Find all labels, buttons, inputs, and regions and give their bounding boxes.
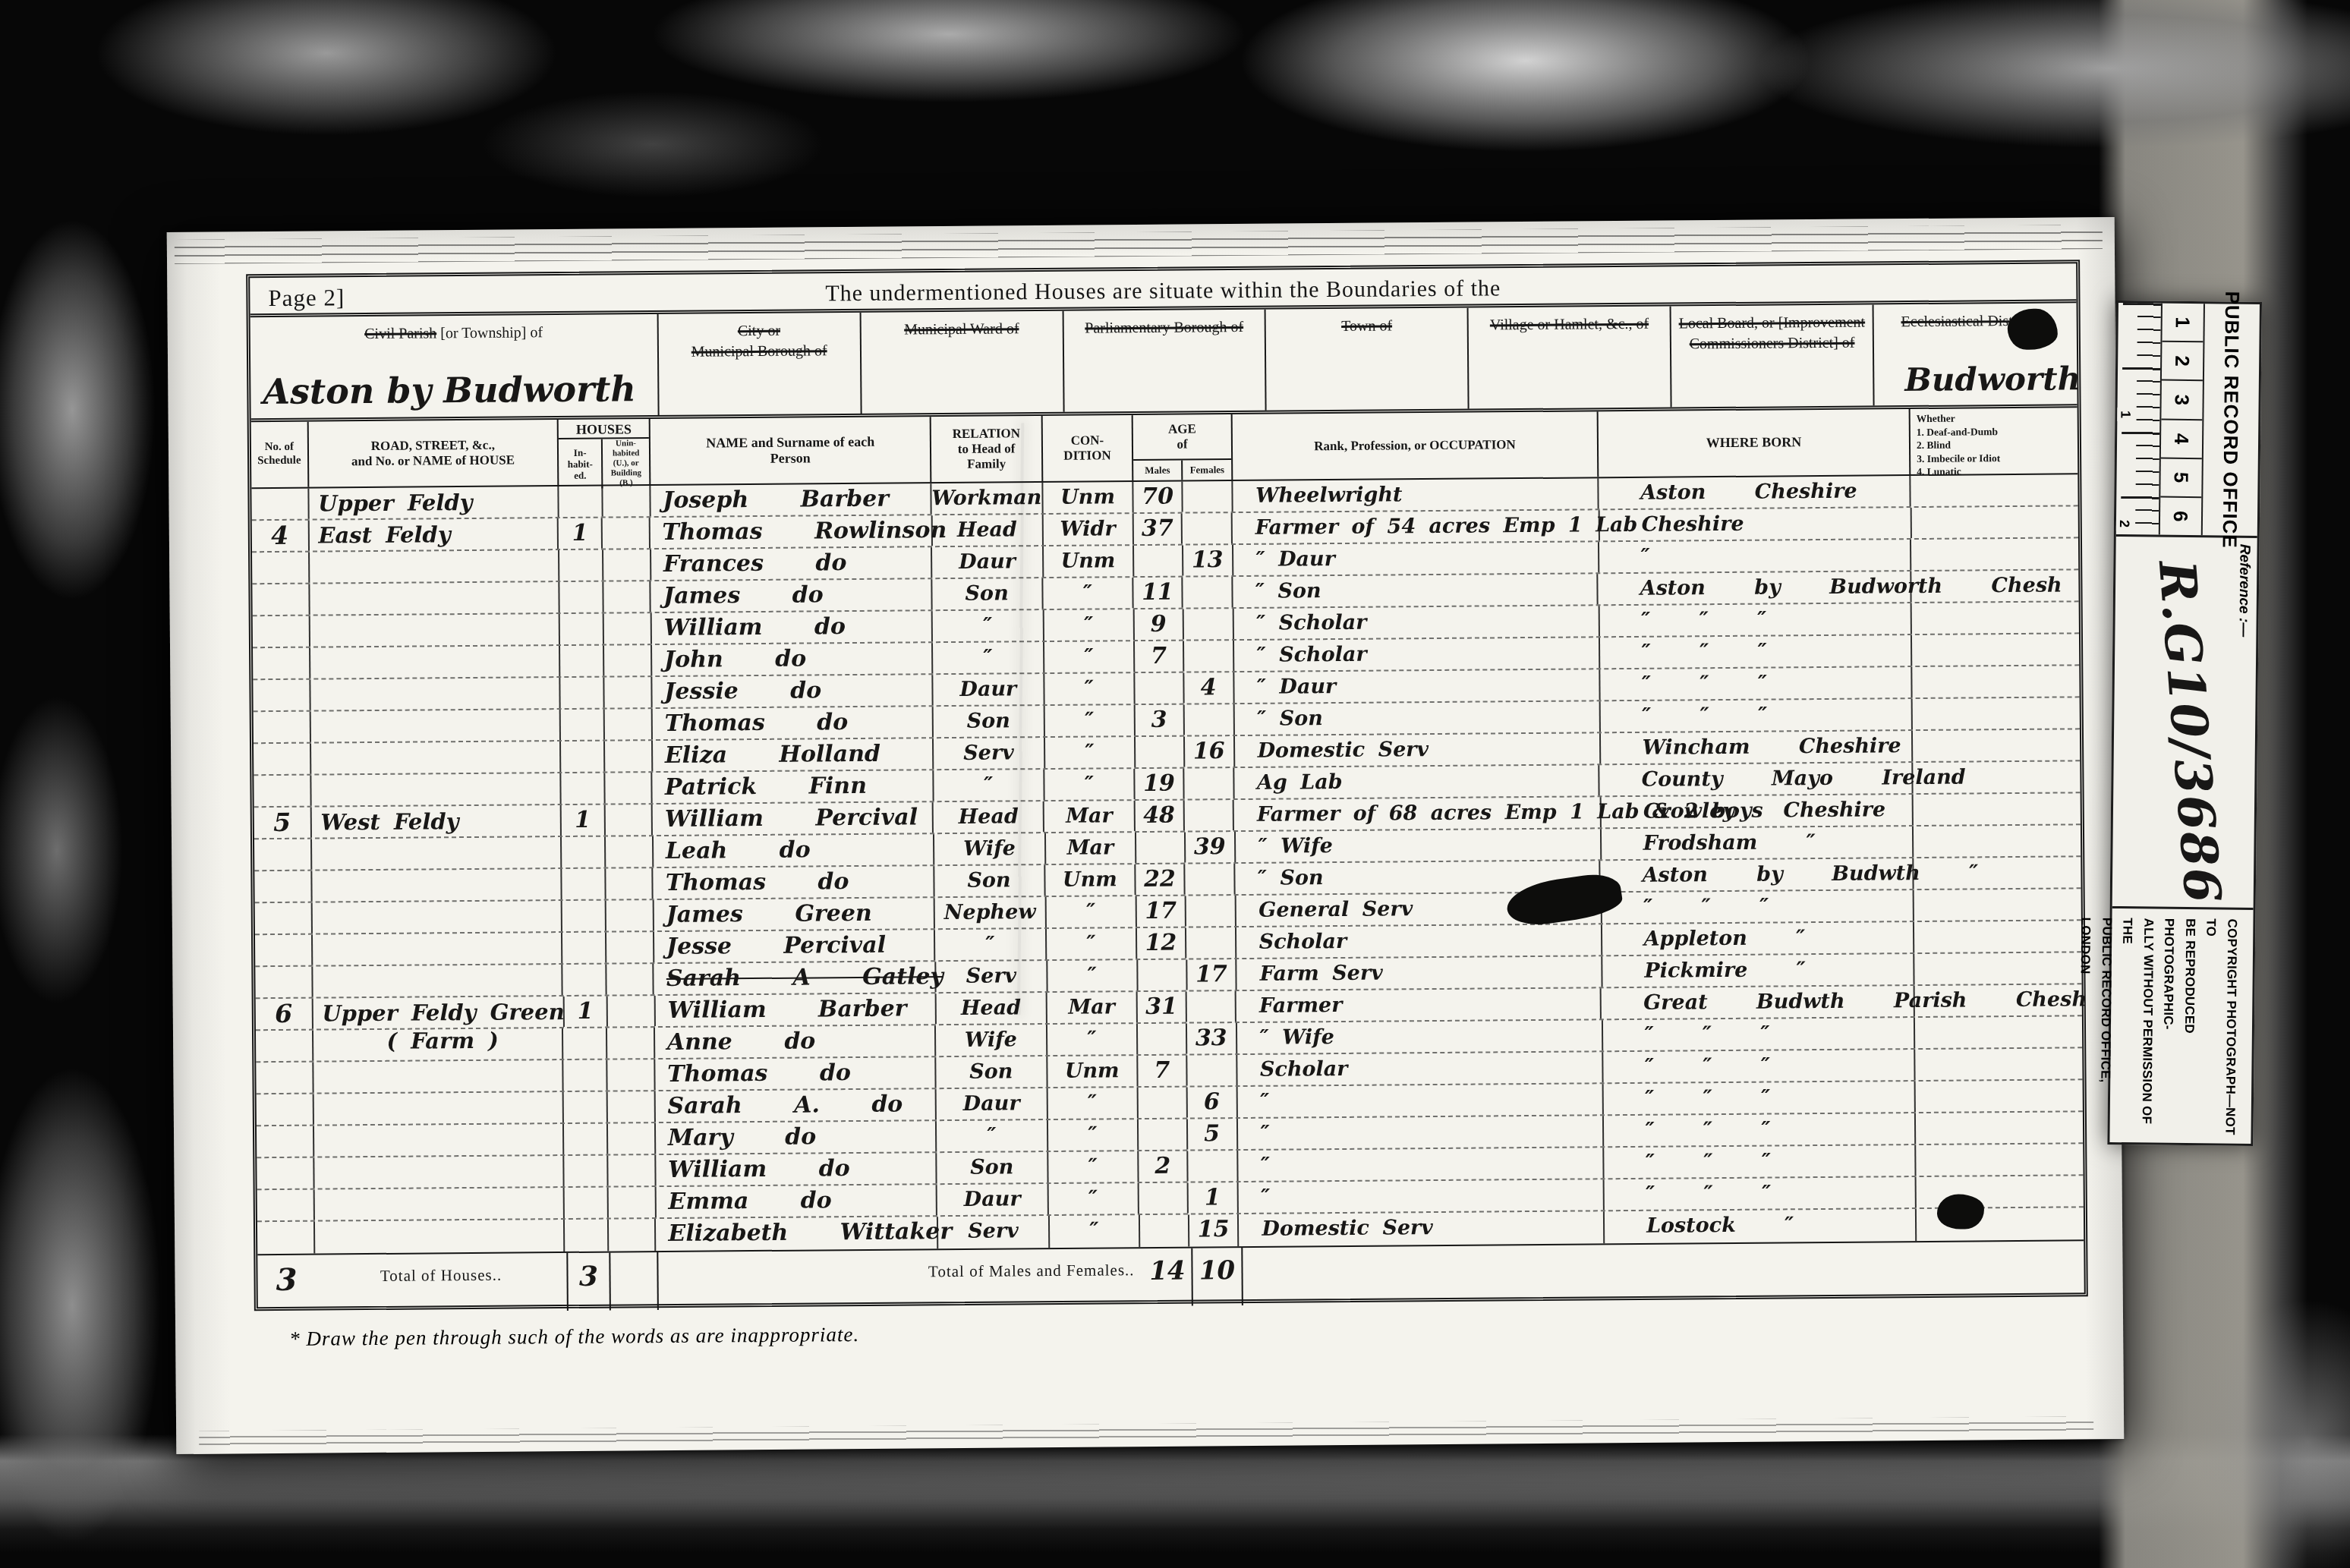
cell-born: Great Budwth Parish Chesh bbox=[1602, 986, 1915, 1019]
cell-occ: ″ Son bbox=[1234, 701, 1600, 735]
cell-disab bbox=[1914, 857, 2081, 889]
cell-disab bbox=[1914, 793, 2081, 825]
ruler-cell: 2 bbox=[2162, 342, 2204, 382]
col-header-houses: HOUSES bbox=[559, 419, 649, 439]
cell-sch bbox=[253, 648, 310, 679]
cell-road bbox=[314, 1188, 565, 1220]
cell-road bbox=[310, 646, 561, 679]
cell-born: ″ ″ ″ bbox=[1600, 699, 1913, 732]
cell-sch bbox=[254, 871, 312, 902]
cell-cond: ″ bbox=[1050, 1215, 1141, 1248]
cell-name: Frances do bbox=[651, 547, 933, 580]
census-form: Page 2] The undermentioned Houses are si… bbox=[246, 260, 2088, 1311]
cell-cond: Unm bbox=[1047, 1056, 1139, 1087]
field-label-struck: Municipal Ward of bbox=[904, 320, 1019, 338]
field-label-struck: Commissioners District] of bbox=[1671, 332, 1873, 354]
boundary-header-fields: Civil Parish [or Township] of Aston by B… bbox=[250, 303, 2078, 422]
cell-occ: Farmer bbox=[1236, 988, 1602, 1022]
cell-road bbox=[315, 1220, 565, 1254]
cell-f bbox=[1186, 896, 1236, 927]
cell-uninh bbox=[605, 773, 653, 803]
cell-road bbox=[314, 1124, 565, 1157]
cell-sch bbox=[257, 1158, 314, 1189]
cell-f bbox=[1183, 577, 1233, 608]
header-field-village-hamlet: Village or Hamlet, &c., of bbox=[1469, 307, 1672, 409]
cell-m: 19 bbox=[1135, 769, 1184, 800]
total-males-value: 14 bbox=[1143, 1248, 1193, 1307]
cell-occ: ″ Son bbox=[1233, 574, 1599, 607]
cell-name: Mary do bbox=[656, 1121, 937, 1154]
cell-f: 16 bbox=[1185, 736, 1235, 767]
cell-inh bbox=[563, 1028, 607, 1059]
cell-cond: Mar bbox=[1044, 801, 1136, 832]
field-label-struck: Civil Parish bbox=[364, 325, 436, 342]
cell-rel: Wife bbox=[934, 833, 1046, 864]
cell-uninh bbox=[606, 900, 654, 930]
cell-born: Appleton ″ bbox=[1602, 922, 1914, 955]
cell-uninh bbox=[605, 709, 653, 739]
cell-cond: ″ bbox=[1045, 737, 1136, 768]
cell-road bbox=[312, 837, 562, 870]
cell-m bbox=[1136, 737, 1185, 768]
cell-name: John do bbox=[652, 643, 934, 675]
cell-name: Eliza Holland bbox=[653, 738, 934, 771]
col-header-occupation: Rank, Profession, or OCCUPATION bbox=[1233, 411, 1599, 480]
cell-sch bbox=[251, 489, 309, 520]
cell-f bbox=[1184, 641, 1234, 672]
cell-rel: ″ bbox=[935, 929, 1047, 960]
cell-inh bbox=[561, 678, 605, 708]
ruler-inch-label: 2 bbox=[2116, 517, 2132, 531]
cell-uninh bbox=[603, 581, 651, 612]
cell-cond: ″ bbox=[1047, 960, 1139, 991]
cell-sch: 5 bbox=[254, 808, 312, 839]
cell-name: Thomas do bbox=[652, 707, 934, 739]
cell-born: Cheshire bbox=[1600, 508, 1912, 540]
cell-occ: ″ Wife bbox=[1236, 1020, 1602, 1053]
field-label-struck: Local Board, or [Improvement bbox=[1679, 314, 1866, 332]
ink-blot bbox=[2008, 309, 2058, 351]
census-page: Page 2] The undermentioned Houses are si… bbox=[167, 217, 2125, 1454]
cell-m: 7 bbox=[1138, 1056, 1187, 1087]
cell-m: 17 bbox=[1137, 896, 1186, 927]
col-header-inhabited: In- habit- ed. bbox=[559, 439, 603, 489]
ruler-inch-label: 1 bbox=[2117, 408, 2133, 421]
cell-rel: Workman bbox=[931, 483, 1043, 514]
cell-m: 3 bbox=[1136, 705, 1185, 736]
cell-uninh bbox=[606, 932, 654, 962]
cell-inh bbox=[560, 614, 604, 644]
cell-inh: 1 bbox=[564, 997, 608, 1027]
cell-f: 4 bbox=[1184, 672, 1234, 704]
cell-rel: Son bbox=[934, 706, 1045, 737]
cell-sch bbox=[253, 616, 310, 647]
cell-disab bbox=[1914, 952, 2081, 984]
cell-occ: ″ bbox=[1238, 1148, 1604, 1181]
cell-road: West Feldy bbox=[311, 805, 562, 838]
cell-occ: ″ Scholar bbox=[1233, 638, 1599, 671]
cell-inh bbox=[559, 486, 603, 517]
cell-rel: Wife bbox=[936, 1025, 1047, 1056]
col-header-name: NAME and Surname of each Person bbox=[651, 417, 932, 484]
col-header-where-born: WHERE BORN bbox=[1599, 409, 1911, 477]
cell-inh bbox=[561, 710, 605, 740]
cell-uninh bbox=[608, 1091, 656, 1122]
cell-cond: ″ bbox=[1044, 705, 1136, 736]
cell-disab bbox=[1911, 538, 2078, 570]
cell-m: 70 bbox=[1134, 482, 1183, 513]
ruler-cell: 1 bbox=[2162, 304, 2204, 343]
cell-f bbox=[1183, 513, 1233, 544]
cell-m bbox=[1138, 1024, 1187, 1055]
cell-road bbox=[310, 614, 560, 647]
cell-m bbox=[1139, 1088, 1188, 1119]
cell-born: Frodsham ″ bbox=[1601, 827, 1914, 859]
reference-value: R.G10/3686 bbox=[2147, 559, 2232, 889]
cell-name: Elizabeth Wittaker bbox=[656, 1217, 938, 1251]
cell-born: Aston by Budwth ″ bbox=[1600, 858, 1914, 891]
cell-uninh bbox=[606, 836, 654, 867]
footnote: * Draw the pen through such of the words… bbox=[289, 1323, 859, 1351]
cell-occ: ″ Daur bbox=[1233, 542, 1599, 575]
copyright-notice: COPYRIGHT PHOTOGRAPH—NOT TO BE REPRODUCE… bbox=[2109, 908, 2253, 1144]
cell-uninh bbox=[603, 549, 651, 580]
cell-uninh bbox=[605, 804, 653, 835]
cell-rel: Son bbox=[932, 578, 1044, 609]
cell-uninh bbox=[604, 645, 652, 675]
field-label-struck: City or bbox=[738, 323, 780, 339]
cell-name: William Barber bbox=[655, 993, 936, 1026]
cell-sch bbox=[257, 1094, 314, 1126]
cell-f: 13 bbox=[1183, 545, 1233, 576]
cell-cond: Unm bbox=[1044, 546, 1135, 577]
cell-cond: ″ bbox=[1048, 1183, 1139, 1214]
header-field-parliamentary-borough: Parliamentary Borough of bbox=[1063, 310, 1267, 412]
cell-disab bbox=[1916, 1144, 2083, 1176]
cell-inh bbox=[562, 837, 606, 867]
cell-f bbox=[1183, 481, 1233, 512]
cell-rel: Son bbox=[937, 1056, 1048, 1088]
cell-born: County Mayo Ireland bbox=[1599, 763, 1913, 795]
cell-f: 17 bbox=[1187, 959, 1237, 990]
cell-m: 11 bbox=[1133, 578, 1183, 609]
cell-uninh bbox=[604, 677, 652, 707]
cell-uninh bbox=[608, 996, 656, 1026]
cell-disab bbox=[1912, 666, 2079, 697]
cell-occ: ″ Wife bbox=[1235, 829, 1601, 862]
cell-rel: ″ bbox=[934, 770, 1045, 801]
cell-sch: 6 bbox=[256, 999, 313, 1030]
civil-parish-value: Aston by Budworth bbox=[263, 365, 636, 415]
pro-ruler-section: PUBLIC RECORD OFFICE 1 2 3 4 5 6 1 2 bbox=[2116, 303, 2260, 538]
cell-f bbox=[1183, 609, 1233, 640]
cell-name: Emma do bbox=[656, 1185, 937, 1217]
cell-name: James do bbox=[651, 579, 932, 612]
cell-disab bbox=[1915, 1048, 2082, 1080]
cell-inh bbox=[565, 1220, 609, 1252]
header-field-town: Town of bbox=[1266, 308, 1470, 411]
ruler-ticks: 1 2 bbox=[2116, 303, 2161, 535]
cell-name: Anne do bbox=[655, 1025, 937, 1058]
cell-cond: ″ bbox=[1047, 928, 1138, 959]
col-header-houses-group: HOUSES In- habit- ed. Unin- habited (U.)… bbox=[559, 419, 651, 485]
totals-schedule-count: 3 bbox=[257, 1255, 316, 1314]
cell-uninh bbox=[609, 1219, 657, 1251]
cell-road bbox=[314, 1156, 565, 1189]
cell-m bbox=[1136, 833, 1186, 864]
cell-f bbox=[1184, 704, 1234, 735]
cell-inh bbox=[562, 965, 606, 995]
cell-rel: ″ bbox=[933, 642, 1044, 673]
cell-m bbox=[1139, 1183, 1189, 1214]
cell-f: 15 bbox=[1189, 1214, 1240, 1247]
cell-cond: ″ bbox=[1044, 673, 1136, 704]
cell-cond: ″ bbox=[1047, 1024, 1139, 1055]
cell-cond: ″ bbox=[1044, 769, 1136, 800]
cell-sch bbox=[256, 1031, 313, 1062]
cell-sch bbox=[257, 1222, 315, 1255]
cell-sch bbox=[254, 776, 311, 807]
cell-cond: Mar bbox=[1046, 833, 1137, 864]
cell-f: 39 bbox=[1186, 832, 1236, 863]
cell-born: ″ ″ ″ bbox=[1602, 890, 1914, 923]
cell-occ: Farm Serv bbox=[1237, 956, 1603, 990]
cell-name: Patrick Finn bbox=[653, 770, 934, 803]
col-header-age-group: AGE of Males Females bbox=[1133, 414, 1233, 480]
cell-inh bbox=[559, 550, 603, 581]
cell-born: ″ ″ ″ bbox=[1604, 1177, 1917, 1210]
cell-m bbox=[1139, 1119, 1188, 1151]
cell-disab bbox=[1915, 984, 2082, 1016]
ruler-cell: 5 bbox=[2160, 458, 2202, 498]
public-record-office-strip: PUBLIC RECORD OFFICE 1 2 3 4 5 6 1 2 Ref… bbox=[2107, 301, 2262, 1146]
cell-inh: 1 bbox=[559, 518, 603, 549]
cell-road bbox=[310, 710, 561, 742]
cell-name: Sarah A Gatley bbox=[654, 962, 937, 994]
cell-uninh bbox=[608, 1155, 656, 1185]
cell-rel: Nephew bbox=[935, 897, 1047, 928]
cell-m: 37 bbox=[1133, 514, 1183, 545]
field-label-struck: Parliamentary Borough of bbox=[1085, 319, 1243, 337]
totals-rest bbox=[1243, 1241, 2084, 1305]
col-header-relation: RELATION to Head of Family bbox=[931, 416, 1043, 482]
cell-disab bbox=[1915, 1016, 2082, 1048]
cell-disab bbox=[1911, 570, 2078, 602]
cell-born: Lostock ″ bbox=[1605, 1209, 1917, 1243]
cell-born: ″ ″ ″ bbox=[1599, 603, 1912, 636]
cell-cond: ″ bbox=[1044, 609, 1135, 641]
cell-disab bbox=[1914, 921, 2081, 952]
reference-label: Reference :— bbox=[2235, 544, 2252, 638]
cell-occ: ″ Scholar bbox=[1233, 606, 1599, 639]
cell-sch bbox=[254, 712, 311, 743]
cell-name: William do bbox=[656, 1153, 937, 1185]
cell-name: Leah do bbox=[654, 834, 935, 867]
header-field-civil-parish: Civil Parish [or Township] of Aston by B… bbox=[250, 314, 660, 418]
cell-occ: ″ bbox=[1237, 1116, 1603, 1149]
cell-sch bbox=[252, 584, 310, 616]
ruler-cell: 6 bbox=[2160, 497, 2202, 535]
cell-occ: Ag Lab bbox=[1234, 765, 1600, 798]
cell-cond: Unm bbox=[1043, 482, 1134, 513]
cell-sch bbox=[255, 903, 313, 934]
cell-uninh bbox=[606, 868, 654, 899]
cell-occ: Farmer of 54 acres Emp 1 Lab bbox=[1233, 510, 1600, 543]
cell-inh bbox=[565, 1156, 609, 1186]
cell-cond: ″ bbox=[1047, 1088, 1139, 1119]
cell-road bbox=[312, 869, 562, 902]
cell-uninh bbox=[606, 964, 654, 994]
cell-inh bbox=[564, 1124, 608, 1154]
header-field-city-borough: City or Municipal Borough of bbox=[658, 313, 862, 415]
cell-sch bbox=[255, 935, 313, 966]
cell-road: Upper Feldy Green( Farm ) bbox=[313, 997, 564, 1029]
cell-sch bbox=[256, 1063, 313, 1094]
ecclesiastical-district-value: Budworth bbox=[1904, 358, 2081, 403]
cell-occ: Farmer of 68 acres Emp 1 Lab & 2 boys bbox=[1234, 797, 1602, 830]
cell-occ: Domestic Serv bbox=[1239, 1211, 1605, 1246]
cell-inh bbox=[562, 869, 606, 899]
cell-road: Upper Feldy bbox=[309, 486, 559, 519]
col-header-road: ROAD, STREET, &c., and No. or NAME of HO… bbox=[308, 420, 559, 487]
cell-rel: Son bbox=[934, 865, 1046, 896]
census-rows: Upper FeldyJoseph BarberWorkmanUnm70Whee… bbox=[251, 474, 2084, 1254]
cell-name: Jesse Percival bbox=[654, 930, 936, 962]
stacked-pages-edge-top bbox=[175, 225, 2103, 264]
cell-m: 12 bbox=[1137, 928, 1186, 959]
cell-disab bbox=[1911, 474, 2078, 506]
cell-disab bbox=[1913, 729, 2080, 761]
cell-inh bbox=[561, 773, 605, 804]
cell-rel: ″ bbox=[937, 1120, 1048, 1151]
totals-spacer bbox=[610, 1252, 659, 1310]
cell-inh bbox=[560, 646, 604, 676]
cell-f: 6 bbox=[1187, 1087, 1237, 1118]
cell-uninh bbox=[604, 613, 652, 644]
cell-occ: Wheelwright bbox=[1233, 478, 1599, 512]
cell-cond: ″ bbox=[1043, 578, 1134, 609]
cell-f bbox=[1186, 927, 1236, 959]
cell-disab bbox=[1911, 506, 2078, 538]
cell-born: Aston Cheshire bbox=[1599, 476, 1911, 508]
header-field-municipal-ward: Municipal Ward of bbox=[861, 311, 1064, 414]
cell-disab bbox=[1913, 761, 2080, 793]
cell-disab bbox=[1912, 634, 2079, 666]
cell-m: 2 bbox=[1139, 1151, 1188, 1182]
cell-born: ″ ″ ″ bbox=[1604, 1145, 1917, 1178]
cell-cond: Unm bbox=[1045, 864, 1136, 896]
cell-uninh bbox=[603, 518, 651, 548]
cell-rel: Head bbox=[934, 801, 1045, 833]
total-males-females-label: Total of Males and Females.. bbox=[658, 1248, 1144, 1310]
cell-inh bbox=[562, 933, 606, 963]
cell-born: Aston by Budworth Chesh bbox=[1598, 571, 1911, 604]
cell-sch bbox=[255, 967, 313, 998]
ruler-number-cells: 1 2 3 4 5 6 bbox=[2159, 304, 2205, 536]
cell-f bbox=[1188, 1151, 1238, 1182]
cell-sch bbox=[257, 1126, 314, 1157]
cell-f: 5 bbox=[1188, 1119, 1238, 1150]
cell-sch bbox=[253, 680, 310, 711]
cell-m: 48 bbox=[1135, 801, 1184, 832]
cell-rel: Daur bbox=[937, 1184, 1049, 1215]
cell-born: ″ ″ ″ bbox=[1603, 1050, 1916, 1082]
field-label-struck: Municipal Borough of bbox=[659, 341, 860, 363]
cell-f bbox=[1184, 800, 1234, 831]
ruler-cell: 4 bbox=[2161, 420, 2203, 459]
col-header-schedule: No. of Schedule bbox=[251, 422, 309, 488]
cell-road bbox=[313, 965, 563, 997]
cell-road bbox=[311, 773, 562, 806]
cell-f bbox=[1184, 768, 1234, 799]
cell-rel: Daur bbox=[937, 1088, 1048, 1119]
cell-occ: ″ Daur bbox=[1234, 669, 1600, 703]
cell-m: 7 bbox=[1135, 641, 1184, 672]
col-header-females: Females bbox=[1183, 460, 1231, 480]
col-header-males: Males bbox=[1133, 461, 1183, 481]
cell-sch bbox=[254, 744, 311, 775]
cell-m bbox=[1140, 1215, 1189, 1248]
cell-cond: Widr bbox=[1043, 514, 1134, 545]
ink-blot bbox=[1937, 1194, 1984, 1229]
cell-f: 33 bbox=[1187, 1023, 1237, 1054]
cell-rel: Serv bbox=[934, 738, 1045, 769]
cell-m: 31 bbox=[1138, 992, 1187, 1023]
total-females-value: 10 bbox=[1192, 1248, 1243, 1306]
cell-road bbox=[312, 901, 562, 934]
cell-name: Sarah A. do bbox=[655, 1089, 937, 1122]
cell-road bbox=[313, 1028, 564, 1061]
field-label: [or Township] of bbox=[436, 324, 543, 342]
cell-uninh bbox=[603, 486, 651, 516]
cell-inh bbox=[559, 582, 603, 612]
cell-road bbox=[313, 933, 563, 965]
col-header-uninhabited: Unin- habited (U.), or Building (B.) bbox=[603, 439, 650, 488]
cell-name: Jessie do bbox=[652, 675, 934, 707]
cell-name: James Green bbox=[654, 898, 935, 930]
cell-inh bbox=[564, 1060, 608, 1091]
cell-m: 22 bbox=[1136, 864, 1185, 896]
cell-disab bbox=[1916, 1112, 2083, 1144]
cell-rel: Serv bbox=[937, 961, 1048, 992]
cell-f bbox=[1186, 991, 1236, 1022]
public-record-office-label: PUBLIC RECORD OFFICE bbox=[2203, 304, 2260, 536]
cell-born: Wincham Cheshire bbox=[1600, 731, 1913, 764]
cell-road bbox=[313, 1092, 564, 1125]
field-label-struck: Town of bbox=[1341, 317, 1392, 335]
cell-road: East Feldy bbox=[309, 518, 559, 551]
cell-occ: Domestic Serv bbox=[1234, 733, 1600, 767]
cell-born: Crowley Cheshire bbox=[1602, 795, 1914, 827]
cell-occ: ″ bbox=[1238, 1179, 1604, 1213]
cell-cond: Mar bbox=[1047, 992, 1138, 1023]
cell-disab bbox=[1914, 825, 2081, 857]
cell-rel: ″ bbox=[933, 610, 1044, 641]
cell-f bbox=[1185, 864, 1235, 895]
cell-occ: Scholar bbox=[1236, 924, 1602, 958]
cell-born: ″ ″ ″ bbox=[1602, 1018, 1915, 1050]
cell-born: Pickmire ″ bbox=[1602, 954, 1914, 987]
cell-inh bbox=[564, 1092, 608, 1122]
cell-born: ″ ″ ″ bbox=[1599, 635, 1912, 668]
cell-disab bbox=[1912, 602, 2079, 634]
cell-uninh bbox=[608, 1123, 656, 1154]
cell-road bbox=[310, 582, 560, 615]
cell-rel: Head bbox=[932, 515, 1043, 546]
cell-road bbox=[310, 678, 561, 710]
cell-inh bbox=[562, 901, 606, 931]
cell-born: ″ bbox=[1599, 540, 1911, 572]
